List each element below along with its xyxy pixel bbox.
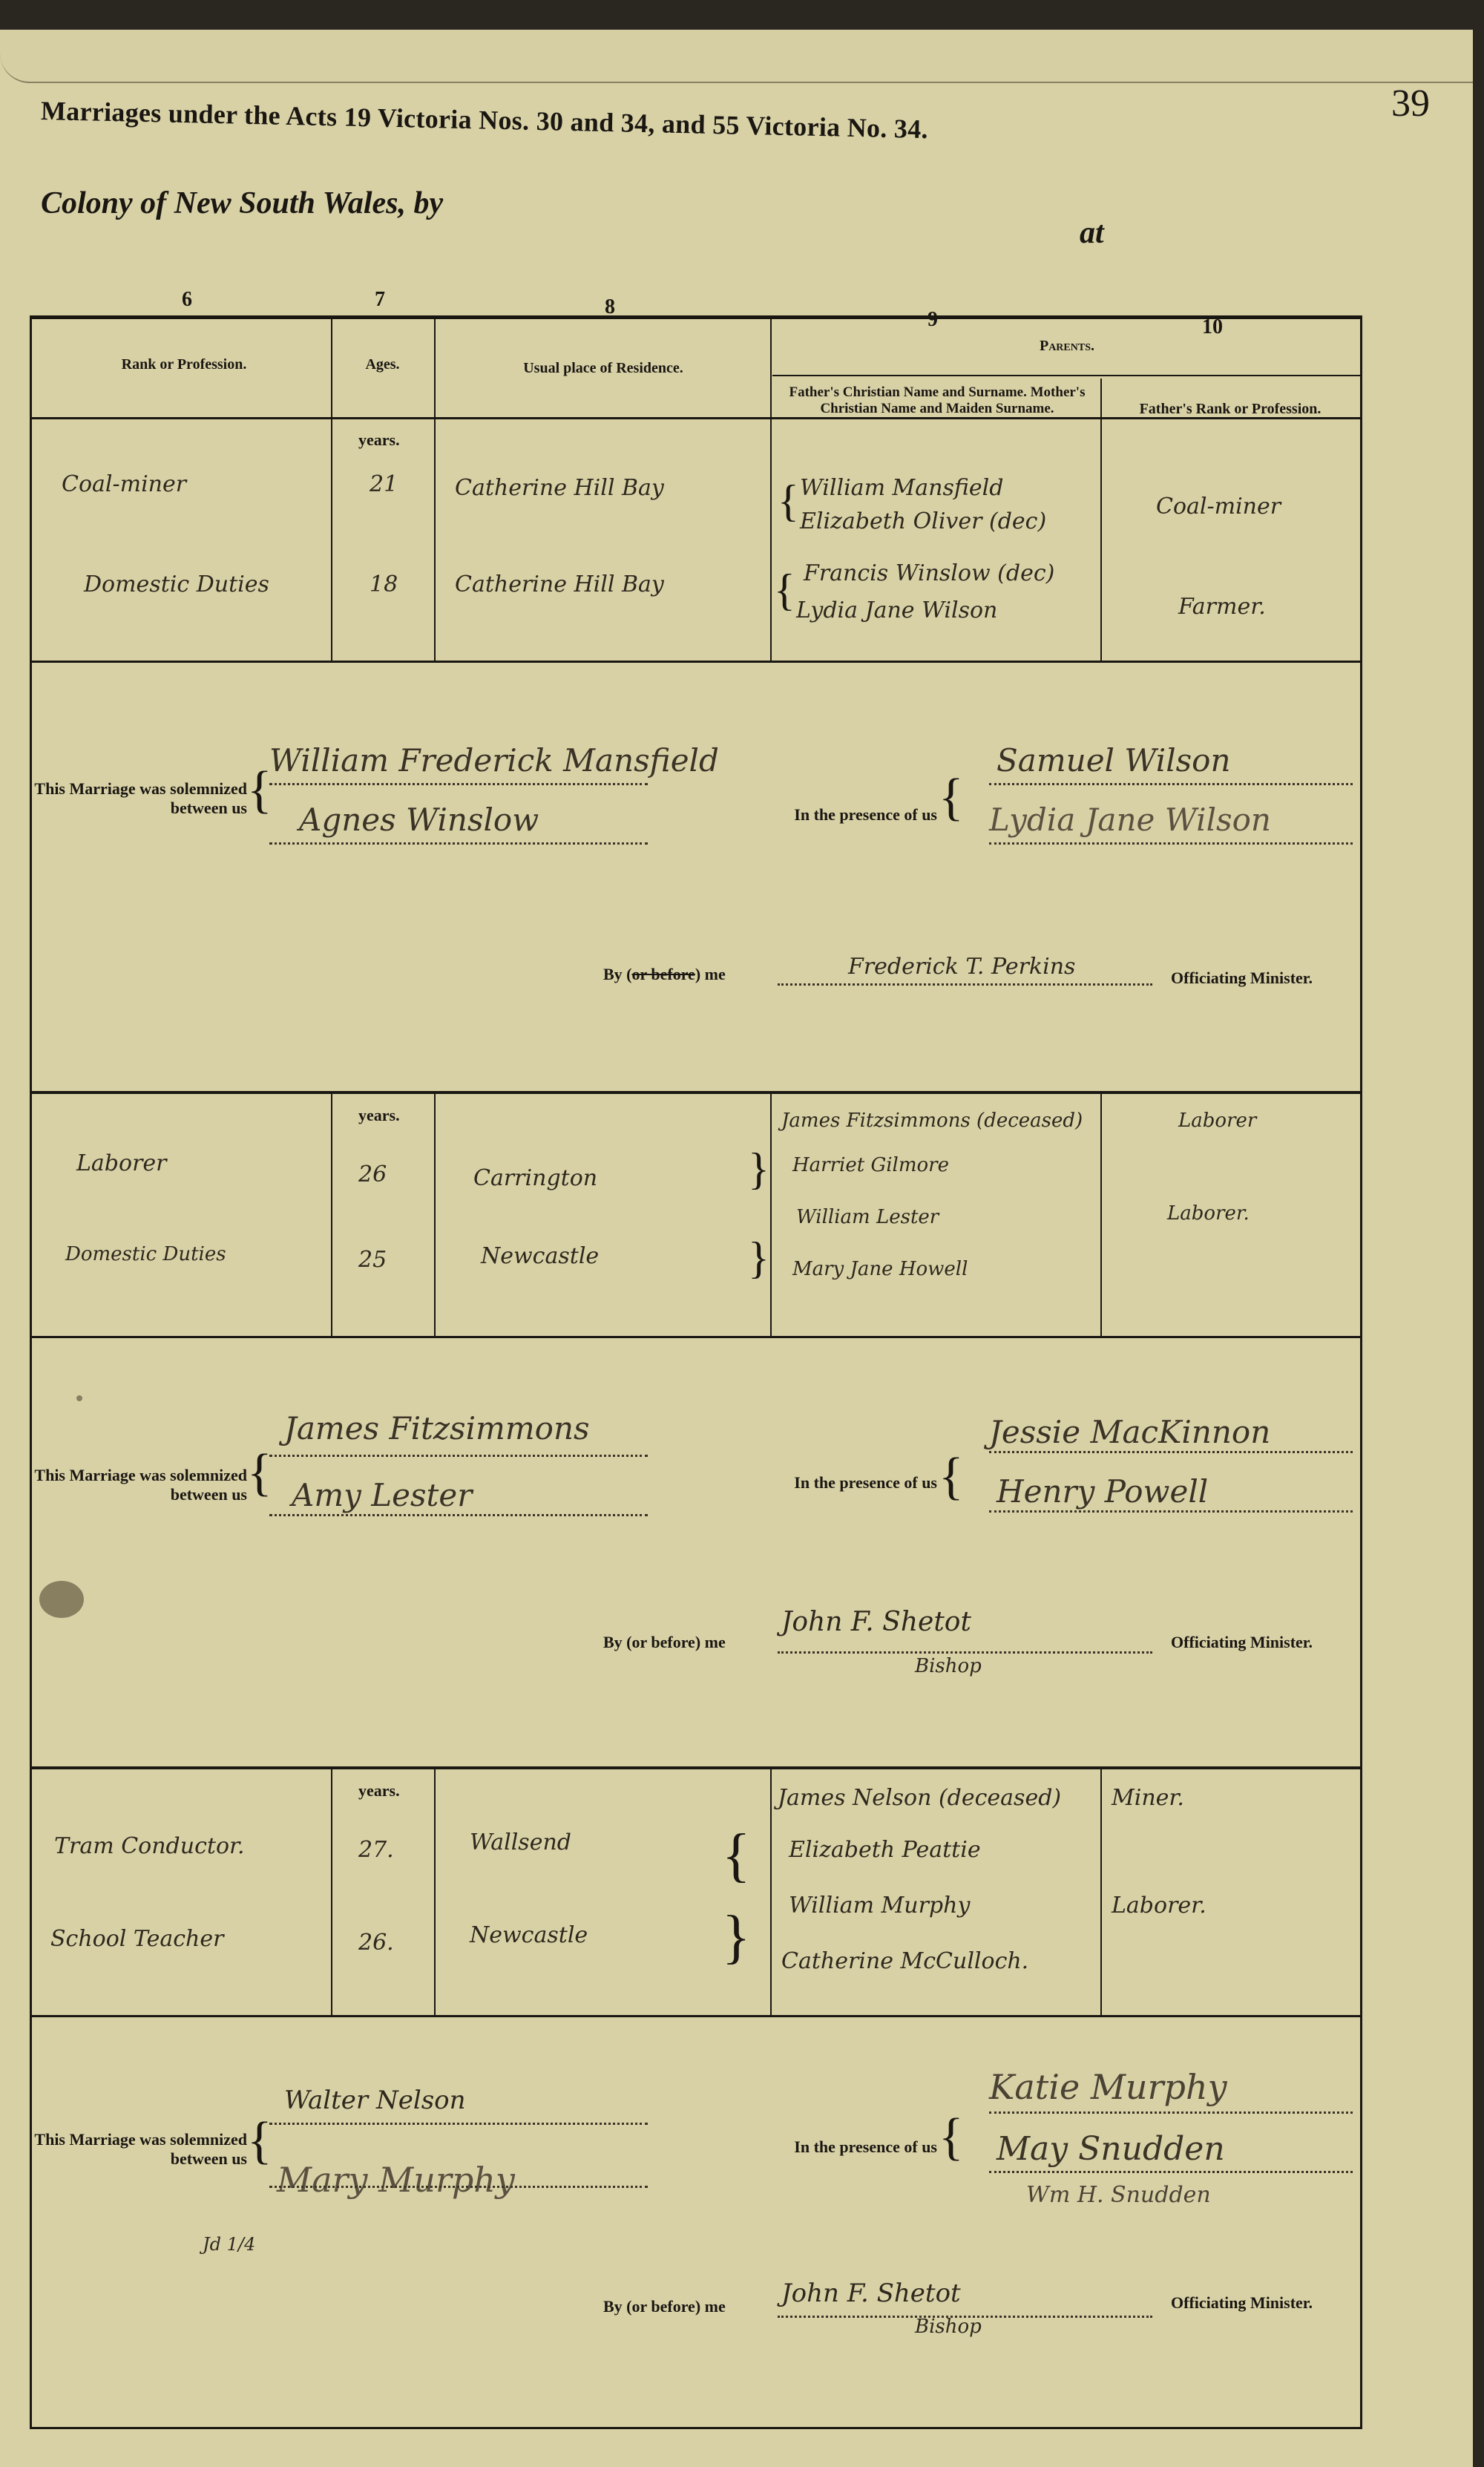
officiating-label: Officiating Minister. bbox=[1171, 969, 1313, 988]
colony-heading: Colony of New South Wales, by bbox=[41, 186, 443, 221]
brace-icon: { bbox=[722, 1907, 750, 1967]
signature-line bbox=[989, 2171, 1353, 2173]
brace-icon: { bbox=[939, 1451, 964, 1503]
minister-signature: John F. Shetot bbox=[781, 1607, 971, 1637]
groom-signature: William Frederick Mansfield bbox=[269, 742, 719, 779]
header-residence: Usual place of Residence. bbox=[436, 360, 770, 377]
or-before: or before bbox=[632, 1633, 695, 1651]
bride-rank: Domestic Duties bbox=[84, 571, 269, 597]
header-parents-names: Father's Christian Name and Surname. Mot… bbox=[774, 384, 1100, 417]
col-divider bbox=[331, 1091, 332, 1336]
minister-title: Bishop bbox=[915, 2316, 982, 2338]
header-rank: Rank or Profession. bbox=[47, 356, 321, 373]
bride-signature: Mary Murphy bbox=[277, 2160, 515, 2200]
witness-3: Wm H. Snudden bbox=[1026, 2182, 1211, 2208]
signature-line bbox=[269, 1455, 648, 1457]
groom-residence: Carrington bbox=[473, 1165, 597, 1191]
years-label: years. bbox=[358, 1781, 400, 1801]
brace-icon: { bbox=[778, 479, 799, 523]
brace-icon: { bbox=[748, 1147, 769, 1191]
groom-age: 27. bbox=[358, 1837, 394, 1863]
brace-icon: { bbox=[748, 1236, 769, 1280]
header-father-rank: Father's Rank or Profession. bbox=[1104, 401, 1356, 418]
signature-line bbox=[989, 1510, 1353, 1513]
groom-father: James Nelson (deceased) bbox=[778, 1785, 1061, 1811]
bride-father-rank: Laborer. bbox=[1167, 1202, 1250, 1225]
parents-divider bbox=[772, 375, 1360, 376]
col-divider bbox=[1100, 1091, 1102, 1336]
witness-2: Henry Powell bbox=[997, 1473, 1208, 1510]
bride-residence: Newcastle bbox=[470, 1922, 588, 1948]
brace-icon: { bbox=[939, 772, 964, 824]
brace-icon: { bbox=[939, 2111, 964, 2163]
col-divider bbox=[770, 319, 772, 661]
groom-mother: Elizabeth Oliver (dec) bbox=[800, 508, 1046, 534]
column-number-6: 6 bbox=[182, 288, 192, 312]
groom-rank: Tram Conductor. bbox=[54, 1833, 245, 1859]
years-label: years. bbox=[358, 430, 400, 450]
by-prefix: By ( bbox=[603, 965, 632, 983]
solemnized-label: This Marriage was solemnized between us bbox=[32, 779, 247, 819]
bride-residence: Catherine Hill Bay bbox=[455, 571, 664, 597]
groom-father-rank: Miner. bbox=[1112, 1785, 1184, 1811]
col-divider bbox=[1100, 379, 1102, 661]
bride-age: 26. bbox=[358, 1930, 394, 1956]
bride-father-rank: Farmer. bbox=[1178, 594, 1266, 620]
groom-father-rank: Coal-miner bbox=[1156, 494, 1281, 520]
brace-icon: { bbox=[247, 1447, 272, 1499]
groom-age: 21 bbox=[370, 471, 398, 497]
brace-icon: { bbox=[247, 2115, 272, 2167]
column-number-7: 7 bbox=[375, 288, 385, 312]
brace-icon: { bbox=[722, 1826, 750, 1885]
or-before-struck: or before bbox=[632, 965, 695, 983]
margin-note: Jd 1/4 bbox=[203, 2234, 255, 2255]
col-divider bbox=[770, 1766, 772, 2015]
bride-mother: Mary Jane Howell bbox=[792, 1258, 968, 1280]
witness-2: May Snudden bbox=[997, 2130, 1225, 2168]
solemnized-label: This Marriage was solemnized between us bbox=[32, 2130, 247, 2169]
presence-label: In the presence of us bbox=[737, 1473, 937, 1493]
row-divider bbox=[32, 661, 1360, 663]
row-divider bbox=[32, 417, 1360, 419]
signature-line bbox=[989, 1451, 1353, 1453]
bride-father-rank: Laborer. bbox=[1112, 1893, 1206, 1919]
or-before: or before bbox=[632, 2297, 695, 2316]
signature-line bbox=[269, 2123, 648, 2125]
page-number: 39 bbox=[1391, 82, 1430, 125]
presence-label: In the presence of us bbox=[737, 805, 937, 825]
by-suffix: ) me bbox=[695, 965, 726, 983]
signature-line bbox=[778, 983, 1152, 986]
col-divider bbox=[770, 1091, 772, 1336]
bride-father: William Lester bbox=[796, 1206, 939, 1228]
by-me-label: By (or before) me bbox=[603, 965, 726, 984]
groom-rank: Coal-miner bbox=[62, 471, 186, 497]
groom-signature: Walter Nelson bbox=[284, 2086, 466, 2115]
bride-father: Francis Winslow (dec) bbox=[804, 560, 1054, 586]
col-divider bbox=[434, 319, 436, 661]
bride-age: 18 bbox=[370, 571, 398, 597]
page-edge-behind bbox=[0, 30, 1473, 83]
minister-title: Bishop bbox=[915, 1655, 982, 1677]
bride-rank: School Teacher bbox=[50, 1926, 223, 1952]
row-divider bbox=[32, 1336, 1360, 1338]
marriage-register-form: Rank or Profession. Ages. Usual place of… bbox=[30, 315, 1362, 2429]
witness-2: Lydia Jane Wilson bbox=[989, 802, 1271, 838]
presence-label: In the presence of us bbox=[737, 2137, 937, 2157]
bride-father: William Murphy bbox=[789, 1893, 970, 1919]
groom-father: James Fitzsimmons (deceased) bbox=[781, 1110, 1083, 1132]
by-suffix: ) me bbox=[695, 1633, 726, 1651]
groom-age: 26 bbox=[358, 1162, 387, 1187]
entry-divider bbox=[32, 1091, 1360, 1094]
bride-mother: Catherine McCulloch. bbox=[781, 1948, 1028, 1974]
bride-mother: Lydia Jane Wilson bbox=[796, 597, 997, 623]
signature-line bbox=[778, 2316, 1152, 2318]
groom-mother: Elizabeth Peattie bbox=[789, 1837, 981, 1863]
by-me-label: By (or before) me bbox=[603, 2297, 726, 2316]
signature-line bbox=[989, 783, 1353, 785]
signature-line bbox=[269, 2186, 648, 2188]
signature-line bbox=[989, 842, 1353, 845]
groom-rank: Laborer bbox=[76, 1150, 167, 1176]
header-parents: Parents. bbox=[774, 338, 1360, 355]
entry-divider bbox=[32, 1766, 1360, 1769]
years-label: years. bbox=[358, 1106, 400, 1125]
bride-residence: Newcastle bbox=[481, 1243, 599, 1269]
header-ages: Ages. bbox=[332, 356, 433, 373]
groom-mother: Harriet Gilmore bbox=[792, 1154, 949, 1176]
bride-age: 25 bbox=[358, 1247, 387, 1273]
bride-rank: Domestic Duties bbox=[65, 1243, 226, 1265]
officiating-label: Officiating Minister. bbox=[1171, 2293, 1313, 2313]
signature-line bbox=[269, 783, 648, 785]
witness-1: Samuel Wilson bbox=[997, 742, 1231, 779]
brace-icon: { bbox=[247, 764, 272, 816]
groom-residence: Wallsend bbox=[470, 1829, 571, 1855]
minister-signature: John F. Shetot bbox=[781, 2278, 961, 2308]
groom-signature: James Fitzsimmons bbox=[284, 1410, 590, 1447]
col-divider bbox=[1100, 1766, 1102, 2015]
by-me-label: By (or before) me bbox=[603, 1633, 726, 1652]
groom-residence: Catherine Hill Bay bbox=[455, 475, 664, 501]
by-prefix: By ( bbox=[603, 2297, 632, 2316]
bride-signature: Agnes Winslow bbox=[299, 802, 539, 838]
signature-line bbox=[989, 2111, 1353, 2114]
at-label: at bbox=[1080, 215, 1104, 251]
signature-line bbox=[269, 1514, 648, 1516]
col-divider bbox=[331, 1766, 332, 2015]
signature-line bbox=[269, 842, 648, 845]
brace-icon: { bbox=[774, 568, 795, 612]
witness-1: Katie Murphy bbox=[989, 2067, 1227, 2107]
groom-father: William Mansfield bbox=[800, 475, 1003, 501]
col-divider bbox=[434, 1766, 436, 2015]
by-suffix: ) me bbox=[695, 2297, 726, 2316]
signature-line bbox=[778, 1651, 1152, 1654]
solemnized-label: This Marriage was solemnized between us bbox=[32, 1466, 247, 1505]
ink-stain bbox=[76, 1395, 82, 1401]
witness-1: Jessie MacKinnon bbox=[989, 1414, 1270, 1450]
col-divider bbox=[434, 1091, 436, 1336]
bride-signature: Amy Lester bbox=[292, 1477, 472, 1513]
officiating-label: Officiating Minister. bbox=[1171, 1633, 1313, 1652]
minister-signature: Frederick T. Perkins bbox=[848, 954, 1075, 980]
by-prefix: By ( bbox=[603, 1633, 632, 1651]
ink-stain bbox=[39, 1581, 84, 1618]
groom-father-rank: Laborer bbox=[1178, 1110, 1256, 1132]
row-divider bbox=[32, 2015, 1360, 2017]
